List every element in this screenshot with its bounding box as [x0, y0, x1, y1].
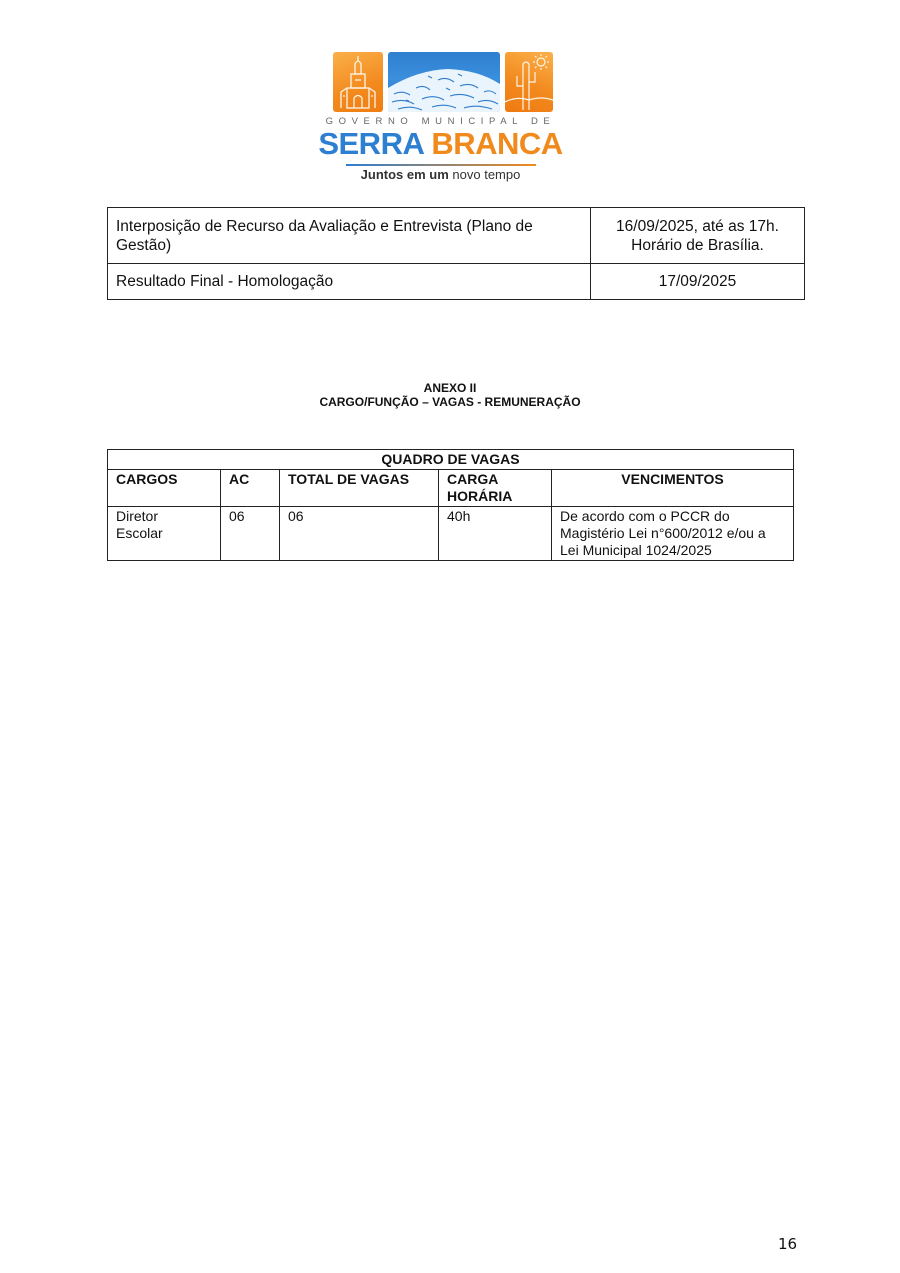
schedule-table: Interposição de Recurso da Avaliação e E…: [107, 207, 805, 300]
slogan-regular: novo tempo: [452, 167, 520, 182]
schedule-date-line: 16/09/2025, até as 17h.: [599, 217, 796, 236]
header-carga-horaria: CARGA HORÁRIA: [439, 470, 552, 507]
mountain-icon: [388, 52, 500, 112]
vacancies-table: QUADRO DE VAGAS CARGOS AC TOTAL DE VAGAS…: [107, 449, 794, 561]
vacancies-caption: QUADRO DE VAGAS: [108, 450, 794, 470]
slogan-bold: Juntos em um: [361, 167, 449, 182]
cargo-line: Diretor: [116, 508, 212, 525]
cargo-line: Escolar: [116, 525, 212, 542]
header-carga-line: CARGA: [447, 471, 543, 488]
schedule-date-line: Horário de Brasília.: [599, 236, 796, 255]
table-row: Interposição de Recurso da Avaliação e E…: [108, 208, 805, 264]
table-row: Diretor Escolar 06 06 40h De acordo com …: [108, 507, 794, 561]
schedule-date: 16/09/2025, até as 17h. Horário de Brasí…: [591, 208, 805, 264]
table-caption-row: QUADRO DE VAGAS: [108, 450, 794, 470]
cactus-sun-icon: [505, 52, 553, 112]
vencimentos-line: Magistério Lei n°600/2012 e/ou a: [560, 525, 785, 542]
schedule-date: 17/09/2025: [591, 264, 805, 300]
header-carga-line: HORÁRIA: [447, 488, 543, 505]
table-header-row: CARGOS AC TOTAL DE VAGAS CARGA HORÁRIA V…: [108, 470, 794, 507]
header-cargos: CARGOS: [108, 470, 221, 507]
annex-title: ANEXO II: [0, 381, 900, 395]
annex-heading: ANEXO II CARGO/FUNÇÃO – VAGAS - REMUNERA…: [0, 381, 900, 409]
cell-vencimentos: De acordo com o PCCR do Magistério Lei n…: [552, 507, 794, 561]
vencimentos-line: Lei Municipal 1024/2025: [560, 542, 785, 559]
header-total-vagas: TOTAL DE VAGAS: [280, 470, 439, 507]
vencimentos-line: De acordo com o PCCR do: [560, 508, 785, 525]
logo-brand-branca: BRANCA: [431, 126, 562, 161]
logo-slogan: Juntos em um novo tempo: [298, 167, 583, 182]
cell-ac: 06: [221, 507, 280, 561]
cell-total-vagas: 06: [280, 507, 439, 561]
table-row: Resultado Final - Homologação 17/09/2025: [108, 264, 805, 300]
cell-cargo: Diretor Escolar: [108, 507, 221, 561]
schedule-date-line: 17/09/2025: [599, 272, 796, 291]
annex-subtitle: CARGO/FUNÇÃO – VAGAS - REMUNERAÇÃO: [0, 395, 900, 409]
schedule-event: Interposição de Recurso da Avaliação e E…: [108, 208, 591, 264]
logo-brand-name: SERRA BRANCA: [298, 126, 583, 162]
logo-divider: [346, 164, 536, 166]
cell-carga-horaria: 40h: [439, 507, 552, 561]
logo-brand-serra: SERRA: [318, 126, 423, 161]
page-number: 16: [778, 1235, 797, 1253]
church-tower-icon: [333, 52, 383, 112]
header-ac: AC: [221, 470, 280, 507]
municipal-logo: GOVERNO MUNICIPAL DE SERRA BRANCA Juntos…: [298, 48, 583, 188]
header-vencimentos: VENCIMENTOS: [552, 470, 794, 507]
schedule-event: Resultado Final - Homologação: [108, 264, 591, 300]
